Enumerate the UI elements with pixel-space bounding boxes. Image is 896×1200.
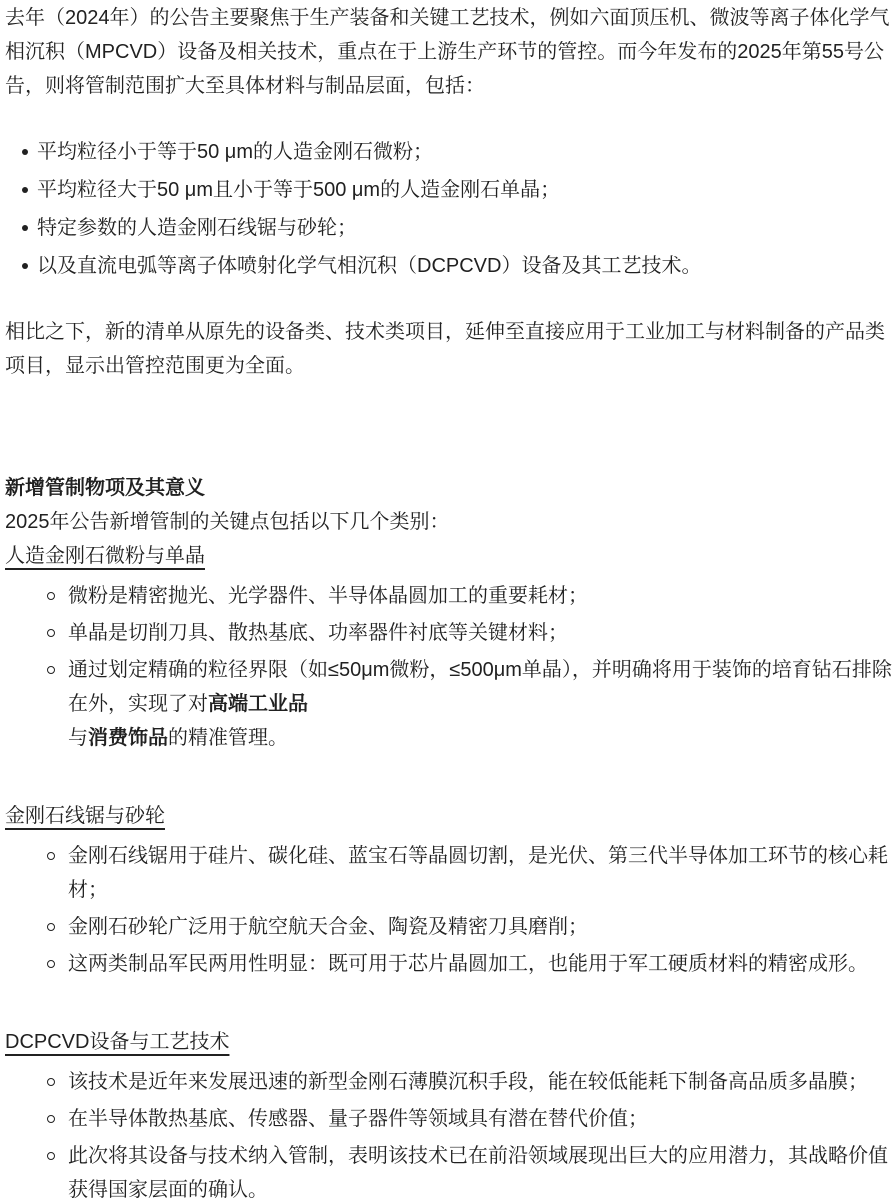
subsection-heading-dcpcvd: DCPCVD设备与工艺技术 xyxy=(5,1025,892,1059)
list-item: 平均粒径小于等于50 μm的人造金刚石微粉； xyxy=(37,135,892,169)
list-item: 此次将其设备与技术纳入管制，表明该技术已在前沿领域展现出巨大的应用潜力，其战略价… xyxy=(68,1139,892,1200)
list-item: 这两类制品军民两用性明显：既可用于芯片晶圆加工，也能用于军工硬质材料的精密成形。 xyxy=(68,947,892,981)
list-item: 特定参数的人造金刚石线锯与砂轮； xyxy=(37,211,892,245)
diamond-powder-list: 微粉是精密抛光、光学器件、半导体晶圆加工的重要耗材； 单晶是切削刀具、散热基底、… xyxy=(5,579,892,755)
subsection-heading-diamond-powder: 人造金刚石微粉与单晶 xyxy=(5,539,892,573)
list-item-rich: 通过划定精确的粒径界限（如≤50μm微粉，≤500μm单晶），并明确将用于装饰的… xyxy=(68,653,892,755)
text-segment: 与 xyxy=(68,727,88,749)
list-item: 微粉是精密抛光、光学器件、半导体晶圆加工的重要耗材； xyxy=(68,579,892,613)
list-item: 以及直流电弧等离子体喷射化学气相沉积（DCPCVD）设备及其工艺技术。 xyxy=(37,249,892,283)
subsection-heading-wire-saw: 金刚石线锯与砂轮 xyxy=(5,799,892,833)
bold-text: 高端工业品 xyxy=(208,693,308,715)
list-item: 金刚石线锯用于硅片、碳化硅、蓝宝石等晶圆切割，是光伏、第三代半导体加工环节的核心… xyxy=(68,839,892,907)
section-intro: 2025年公告新增管制的关键点包括以下几个类别： xyxy=(5,505,892,539)
text-segment: 通过划定精确的粒径界限（如≤50μm微粉，≤500μm单晶），并明确将用于装饰的… xyxy=(68,659,892,715)
comparison-paragraph: 相比之下，新的清单从原先的设备类、技术类项目，延伸至直接应用于工业加工与材料制备… xyxy=(5,315,892,383)
intro-paragraph: 去年（2024年）的公告主要聚焦于生产装备和关键工艺技术，例如六面顶压机、微波等… xyxy=(5,1,892,103)
text-segment: 的精准管理。 xyxy=(168,727,288,749)
list-item: 平均粒径大于50 μm且小于等于500 μm的人造金刚石单晶； xyxy=(37,173,892,207)
subsection-title: 人造金刚石微粉与单晶 xyxy=(5,545,205,567)
article-body: 去年（2024年）的公告主要聚焦于生产装备和关键工艺技术，例如六面顶压机、微波等… xyxy=(0,0,896,1200)
list-item: 金刚石砂轮广泛用于航空航天合金、陶瓷及精密刀具磨削； xyxy=(68,910,892,944)
list-item: 该技术是近年来发展迅速的新型金刚石薄膜沉积手段，能在较低能耗下制备高品质多晶膜； xyxy=(68,1065,892,1099)
dcpcvd-list: 该技术是近年来发展迅速的新型金刚石薄膜沉积手段，能在较低能耗下制备高品质多晶膜；… xyxy=(5,1065,892,1200)
controlled-items-list: 平均粒径小于等于50 μm的人造金刚石微粉； 平均粒径大于50 μm且小于等于5… xyxy=(5,135,892,283)
bold-text: 消费饰品 xyxy=(88,727,168,749)
list-item: 在半导体散热基底、传感器、量子器件等领域具有潜在替代价值； xyxy=(68,1102,892,1136)
list-item: 单晶是切削刀具、散热基底、功率器件衬底等关键材料； xyxy=(68,616,892,650)
subsection-title: 金刚石线锯与砂轮 xyxy=(5,805,165,827)
wire-saw-list: 金刚石线锯用于硅片、碳化硅、蓝宝石等晶圆切割，是光伏、第三代半导体加工环节的核心… xyxy=(5,839,892,981)
subsection-title: DCPCVD设备与工艺技术 xyxy=(5,1031,229,1053)
section-heading: 新增管制物项及其意义 xyxy=(5,471,892,505)
